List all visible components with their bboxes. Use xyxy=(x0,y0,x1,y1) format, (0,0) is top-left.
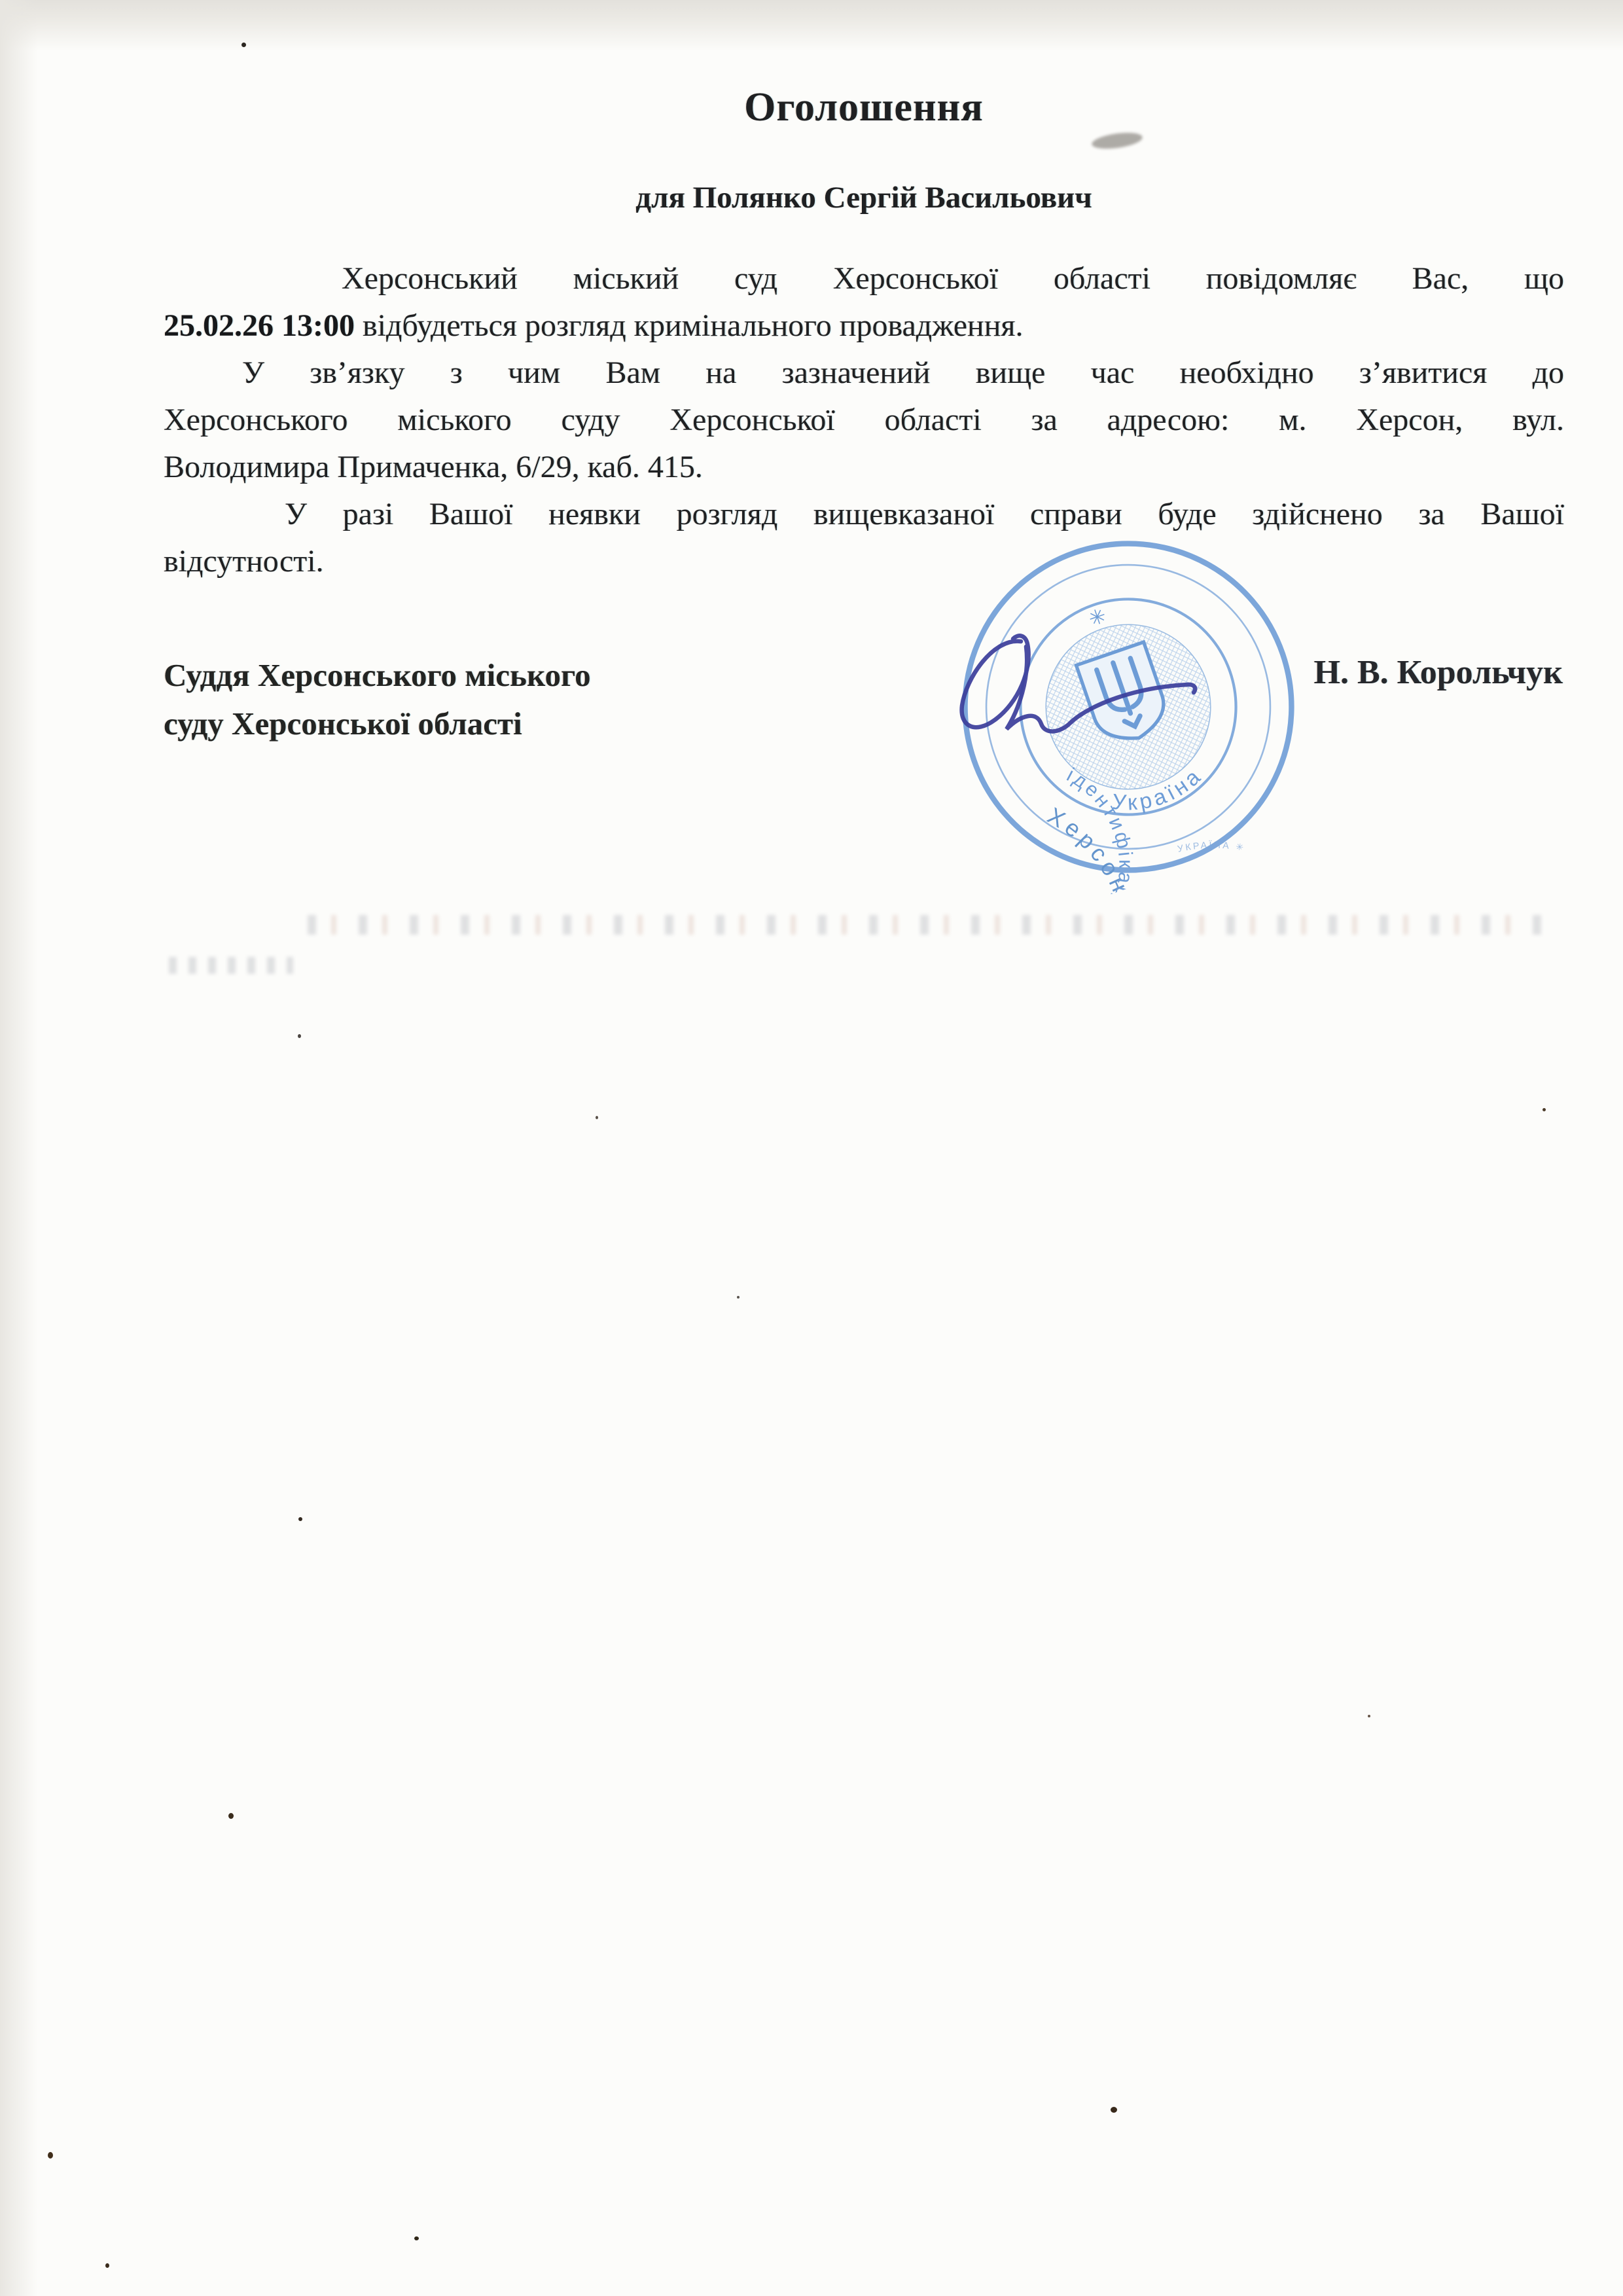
dust-speck xyxy=(1543,1108,1546,1111)
stamp-border-ring-text: УКРАЇНА ✳ УКРАЇНА ✳ УКРАЇНА ✳ УКРАЇНА ✳ … xyxy=(1130,797,1346,925)
dust-speck xyxy=(414,2236,419,2240)
judge-name: Н. В. Корольчук xyxy=(1314,653,1563,692)
ghost-bleedthrough-fragment xyxy=(169,957,293,974)
dust-speck xyxy=(105,2263,109,2268)
dust-speck xyxy=(1111,2107,1117,2113)
addressee-line: для Полянко Сергій Васильович xyxy=(164,179,1564,216)
paragraph-3-line-2: відсутності. xyxy=(164,538,1564,585)
judge-title-line-2: суду Херсонської області xyxy=(164,700,591,748)
dust-speck xyxy=(298,1517,302,1521)
paragraph-1-line-2-rest: відбудеться розгляд кримінального провад… xyxy=(355,308,1024,343)
paragraph-1-line-1: Херсонський міський суд Херсонської обла… xyxy=(164,255,1564,302)
dust-speck xyxy=(228,1813,234,1819)
paragraph-2-line-1: У зв’язку з чим Вам на зазначений вище ч… xyxy=(164,350,1564,397)
paragraph-2-line-2: Херсонського міського суду Херсонської о… xyxy=(164,397,1564,444)
document-body: Оголошення для Полянко Сергій Васильович… xyxy=(164,86,1564,585)
hearing-datetime: 25.02.26 13:00 xyxy=(164,308,355,343)
ghost-bleedthrough-line xyxy=(308,915,1544,935)
svg-text:УКРАЇНА ✳ УКРАЇНА ✳ УКРАЇНА ✳: УКРАЇНА ✳ УКРАЇНА ✳ УКРАЇНА ✳ УКРАЇНА ✳ … xyxy=(1130,797,1346,925)
dust-speck xyxy=(48,2152,53,2159)
signature-stroke-icon xyxy=(915,601,1216,764)
dust-speck xyxy=(737,1296,740,1299)
judge-title-line-1: Суддя Херсонського міського xyxy=(164,651,591,700)
paragraph-2-line-3: Володимира Примаченка, 6/29, каб. 415. xyxy=(164,444,1564,491)
dust-speck xyxy=(298,1034,301,1038)
paragraph-3-line-1: У разі Вашої неявки розгляд вищевказаної… xyxy=(164,491,1564,538)
scanned-court-notice-page: { "document": { "title": "Оголошення", "… xyxy=(0,0,1623,2296)
scan-edge-left xyxy=(0,0,38,2296)
judge-title-block: Суддя Херсонського міського суду Херсонс… xyxy=(164,651,591,748)
dust-speck xyxy=(241,43,246,47)
dust-speck xyxy=(1368,1715,1370,1717)
handwritten-signature xyxy=(915,601,1216,764)
paragraph-1-line-2: 25.02.26 13:00 відбудеться розгляд кримі… xyxy=(164,302,1564,350)
document-title: Оголошення xyxy=(164,86,1564,128)
dust-speck xyxy=(596,1116,598,1119)
notice-text: Херсонський міський суд Херсонської обла… xyxy=(164,255,1564,585)
